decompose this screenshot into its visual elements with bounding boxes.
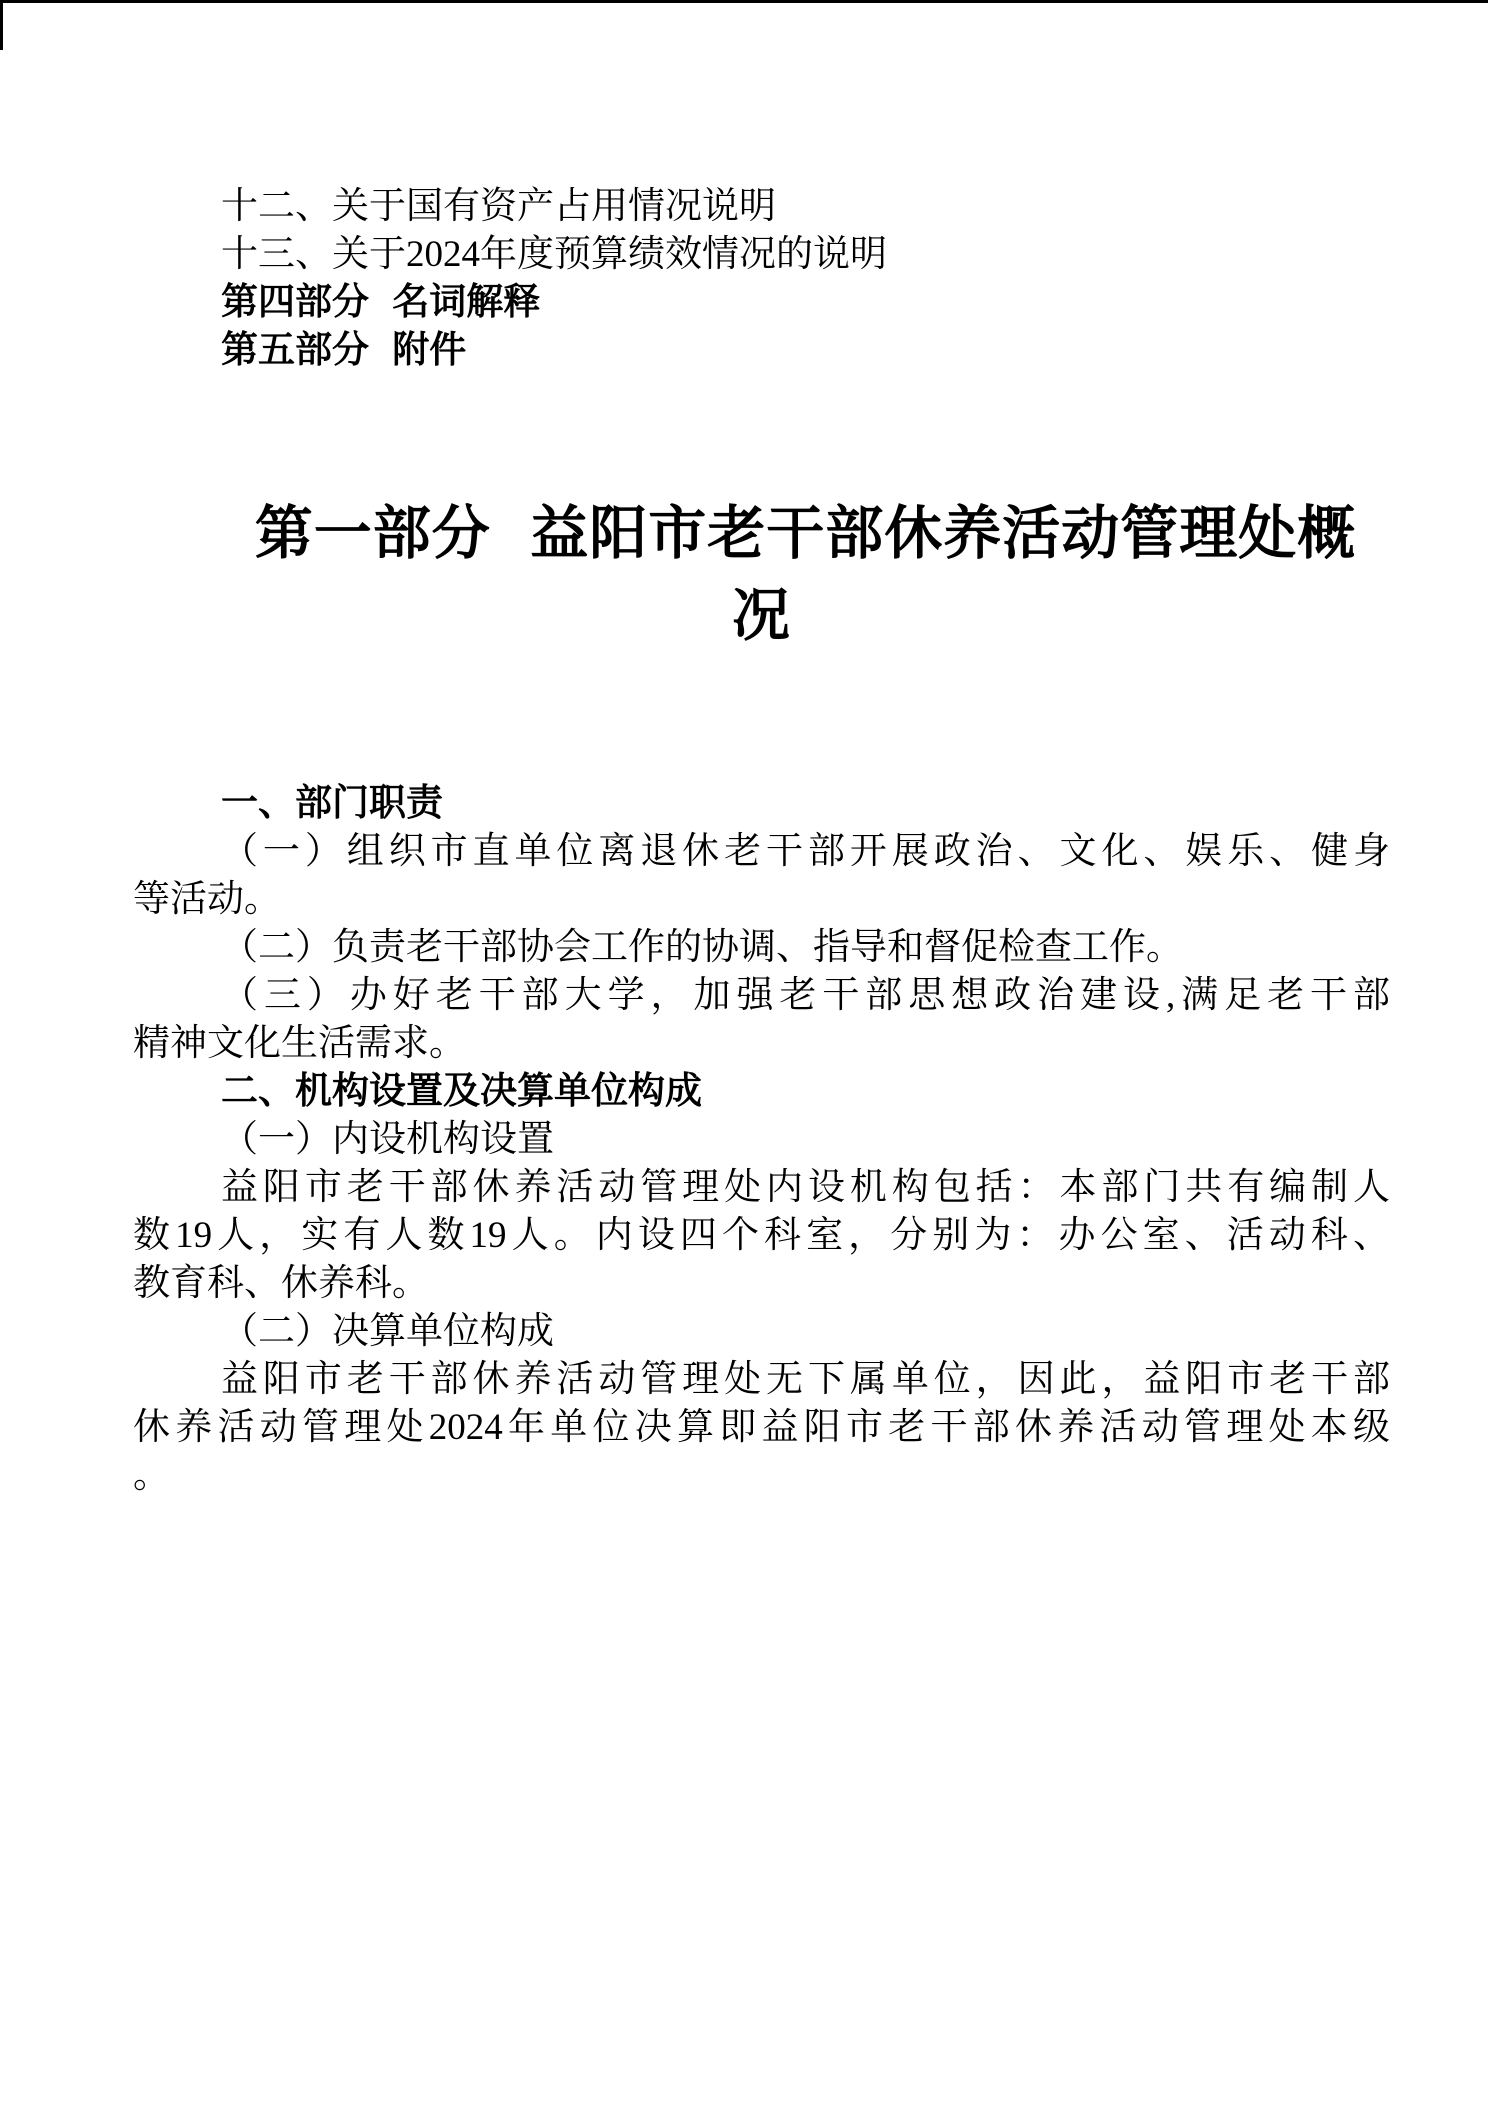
body-line: 一、部门职责 (133, 780, 1390, 828)
scan-edge-left (0, 0, 3, 50)
body-line: 数19人，实有人数19人。内设四个科室，分别为：办公室、活动科、 (133, 1212, 1390, 1260)
section-title-line-1: 第一部分 益阳市老干部休养活动管理处概 (255, 501, 1357, 566)
body-line: 精神文化生活需求。 (133, 1020, 1390, 1068)
body-line: （二）负责老干部协会工作的协调、指导和督促检查工作。 (133, 924, 1390, 972)
body-line: （一）内设机构设置 (133, 1116, 1390, 1164)
body-line: （二）决算单位构成 (133, 1308, 1390, 1356)
body-line: 二、机构设置及决算单位构成 (133, 1068, 1390, 1116)
body-line: 等活动。 (133, 876, 1390, 924)
body-line: （一）组织市直单位离退休老干部开展政治、文化、娱乐、健身 (133, 828, 1390, 876)
toc-line: 第四部分 名词解释 (133, 279, 1390, 327)
body-block: 一、部门职责（一）组织市直单位离退休老干部开展政治、文化、娱乐、健身等活动。（二… (133, 780, 1390, 1500)
document-page: 十二、关于国有资产占用情况说明十三、关于2024年度预算绩效情况的说明第四部分 … (0, 0, 1488, 2104)
toc-line: 十三、关于2024年度预算绩效情况的说明 (133, 231, 1390, 279)
section-title-line-2: 况 (732, 583, 791, 648)
toc-block: 十二、关于国有资产占用情况说明十三、关于2024年度预算绩效情况的说明第四部分 … (133, 183, 1390, 375)
body-line: 益阳市老干部休养活动管理处内设机构包括：本部门共有编制人 (133, 1164, 1390, 1212)
body-line: 教育科、休养科。 (133, 1260, 1390, 1308)
toc-line: 第五部分 附件 (133, 327, 1390, 375)
section-title: 第一部分 益阳市老干部休养活动管理处概 况 (133, 493, 1390, 657)
body-line: （三）办好老干部大学，加强老干部思想政治建设,满足老干部 (133, 972, 1390, 1020)
body-line: 休养活动管理处2024年单位决算即益阳市老干部休养活动管理处本级 (133, 1404, 1390, 1452)
scan-edge-top (0, 0, 1488, 3)
toc-line: 十二、关于国有资产占用情况说明 (133, 183, 1390, 231)
body-line: 。 (133, 1452, 1390, 1500)
body-line: 益阳市老干部休养活动管理处无下属单位，因此，益阳市老干部 (133, 1356, 1390, 1404)
